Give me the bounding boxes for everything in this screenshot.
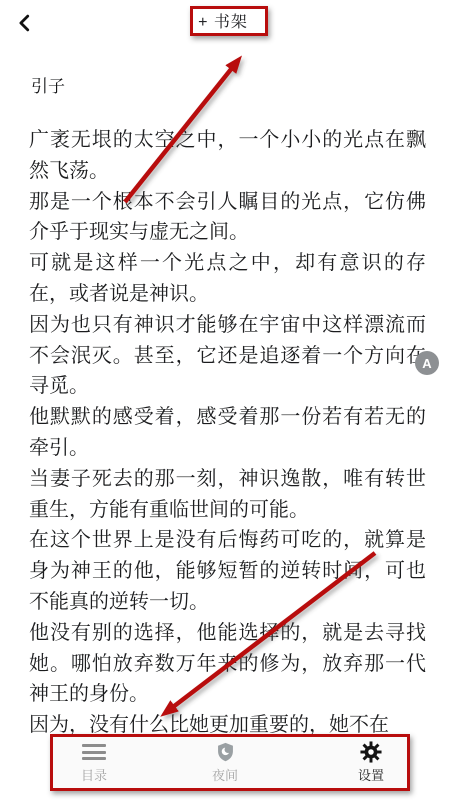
paragraph: 当妻子死去的那一刻，神识逸散，唯有转世重生，方能有重临世间的可能。 xyxy=(29,464,426,526)
toolbar-item-label: 设置 xyxy=(358,765,384,784)
bottom-toolbar: 目录 夜间 xyxy=(52,736,408,789)
toolbar-item-label: 目录 xyxy=(81,765,107,784)
paragraph: 因为也只有神识才能够在宇宙中这样漂流而不会泯灭。甚至，它还是追逐着一个方向在寻觅… xyxy=(29,310,426,402)
font-size-badge[interactable]: A xyxy=(415,351,439,375)
gear-icon xyxy=(360,741,382,763)
toolbar-item-label: 夜间 xyxy=(212,765,238,784)
back-button[interactable] xyxy=(8,6,42,40)
paragraph: 他没有别的选择，他能选择的，就是去寻找她。哪怕放弃数万年来的修为，放弃那一代神王… xyxy=(29,618,426,710)
chapter-title: 引子 xyxy=(31,72,65,97)
chevron-left-icon xyxy=(14,12,36,34)
paragraph: 可就是这样一个光点之中，却有意识的存在，或者说是神识。 xyxy=(29,248,426,310)
reader-screen: + 书架 引子 广袤无垠的太空之中，一个小小的光点在飘然飞荡。 那是一个根本不会… xyxy=(0,0,450,800)
toolbar-item-night-mode[interactable]: 夜间 xyxy=(212,741,238,784)
toolbar-item-contents[interactable]: 目录 xyxy=(81,741,107,784)
paragraph: 在这个世界上是没有后悔药可吃的，就算是身为神王的他，能够短暂的逆转时间，可也不能… xyxy=(29,525,426,617)
toolbar-item-settings[interactable]: 设置 xyxy=(358,741,384,784)
paragraph: 广袤无垠的太空之中，一个小小的光点在飘然飞荡。 xyxy=(29,125,426,187)
chapter-text: 广袤无垠的太空之中，一个小小的光点在飘然飞荡。 那是一个根本不会引人瞩目的光点，… xyxy=(29,125,426,741)
paragraph: 他默默的感受着，感受着那一份若有若无的牵引。 xyxy=(29,402,426,464)
paragraph: 那是一个根本不会引人瞩目的光点，它仿佛介乎于现实与虚无之间。 xyxy=(29,187,426,249)
menu-icon xyxy=(82,741,106,763)
add-to-shelf-button[interactable]: + 书架 xyxy=(198,9,248,32)
night-shield-icon xyxy=(214,741,235,763)
